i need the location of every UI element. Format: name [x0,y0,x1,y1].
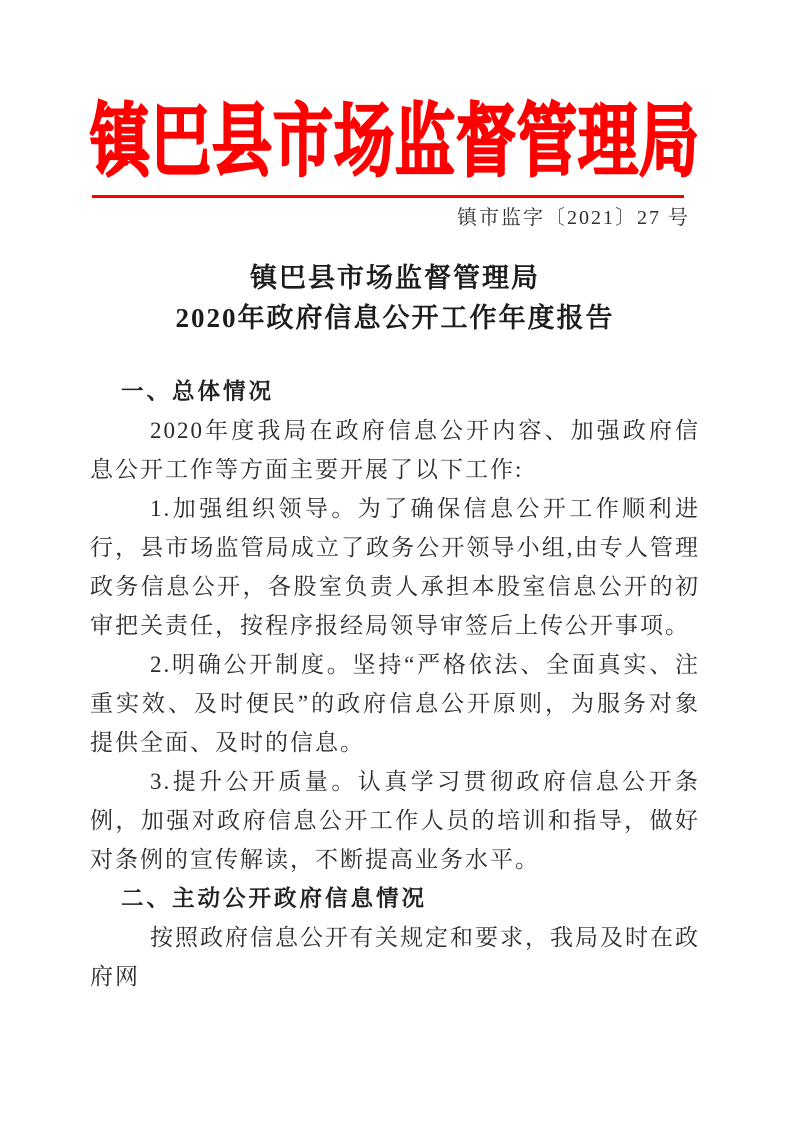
body-paragraph: 1.加强组织领导。为了确保信息公开工作顺利进行，县市场监管局成立了政务公开领导小… [90,489,700,645]
document-title-line1: 镇巴县市场监督管理局 [90,258,700,298]
body-paragraph: 2.明确公开制度。坚持“严格依法、全面真实、注重实效、及时便民”的政府信息公开原… [90,645,700,762]
document-title-line2: 2020年政府信息公开工作年度报告 [90,298,700,338]
letterhead-agency-title: 镇巴县市场监督管理局 [90,86,700,198]
document-number: 镇市监字〔2021〕27 号 [457,204,690,232]
section-heading-proactive-disclosure: 二、主动公开政府信息情况 [90,879,700,918]
body-paragraph: 3.提升公开质量。认真学习贯彻政府信息公开条例，加强对政府信息公开工作人员的培训… [90,762,700,879]
body-paragraph: 按照政府信息公开有关规定和要求，我局及时在政府网 [90,918,700,996]
letterhead-divider-rule [92,195,684,198]
document-title: 镇巴县市场监督管理局 2020年政府信息公开工作年度报告 [90,258,700,338]
section-heading-overall-situation: 一、总体情况 [90,372,700,411]
document-body: 一、总体情况 2020年度我局在政府信息公开内容、加强政府信息公开工作等方面主要… [90,372,700,996]
body-paragraph: 2020年度我局在政府信息公开内容、加强政府信息公开工作等方面主要开展了以下工作… [90,411,700,489]
document-page: 镇巴县市场监督管理局 镇市监字〔2021〕27 号 镇巴县市场监督管理局 202… [0,0,793,1122]
